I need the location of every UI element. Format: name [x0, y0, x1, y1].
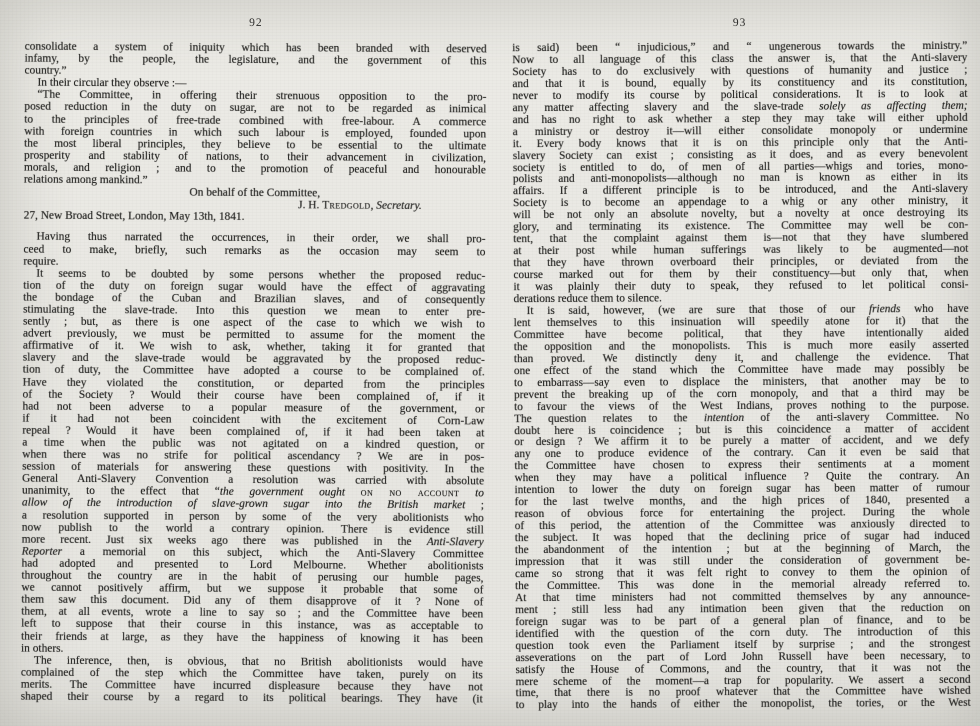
text-segment: solely as affecting them;	[819, 101, 967, 113]
text-segment: require.	[23, 255, 58, 267]
text-segment: unanimity, to the effect that “	[22, 485, 220, 498]
text-segment: On behalf of the Committee,	[189, 187, 320, 200]
page-93-text-column: is said) been “ injudicious,” and “ unge…	[512, 41, 970, 713]
text-segment: In their circular they observe :—	[37, 77, 186, 90]
text-segment: Anti-Slavery	[427, 536, 484, 548]
text-segment: intention	[704, 412, 744, 424]
text-segment: Tredgold	[322, 200, 370, 212]
text-segment: relations among mankind.”	[24, 174, 148, 187]
text-line: it was plainly their duty to speak, they…	[513, 280, 968, 294]
text-segment: to	[459, 488, 484, 500]
text-segment: country.”	[25, 65, 67, 77]
text-segment: of the anti-slavery Committee. No	[744, 411, 969, 423]
text-segment: It is said, however, (we are sure that t…	[527, 304, 869, 317]
text-segment: ;	[465, 500, 484, 512]
text-line: shaped their course by a regard to its p…	[21, 691, 483, 706]
text-segment: derations reduce them to silence.	[514, 292, 662, 305]
text-segment: to play into the hands of either the mon…	[516, 698, 971, 711]
text-segment: who have	[900, 304, 968, 315]
page-number-left: 92	[25, 0, 487, 28]
text-segment: Reporter	[22, 545, 63, 557]
text-segment: friends	[869, 304, 900, 316]
text-segment: the government ought	[220, 486, 361, 499]
text-segment: Secretary.	[376, 200, 422, 212]
text-segment: shaped their course by a regard to its p…	[21, 691, 483, 706]
text-segment: in others.	[21, 642, 63, 654]
page-93: 93 is said) been “ injudicious,” and “ u…	[512, 0, 971, 726]
text-segment: any matter affecting slavery and the sla…	[513, 101, 820, 114]
page-number-right: 93	[512, 0, 967, 28]
text-line: to play into the hands of either the mon…	[516, 698, 971, 712]
text-segment: on no account	[361, 487, 460, 500]
text-segment: 27, New Broad Street, London, May 13th, …	[24, 210, 245, 223]
page-92: 92 consolidate a system of iniquity whic…	[21, 0, 487, 726]
book-scan-spread: 92 consolidate a system of iniquity whic…	[0, 0, 980, 726]
text-segment: The question relates to the	[514, 412, 704, 425]
text-segment: it was plainly their duty to speak, they…	[513, 280, 968, 293]
page-92-text-column: consolidate a system of iniquity which h…	[21, 41, 487, 706]
text-segment: J. H.	[298, 199, 322, 211]
